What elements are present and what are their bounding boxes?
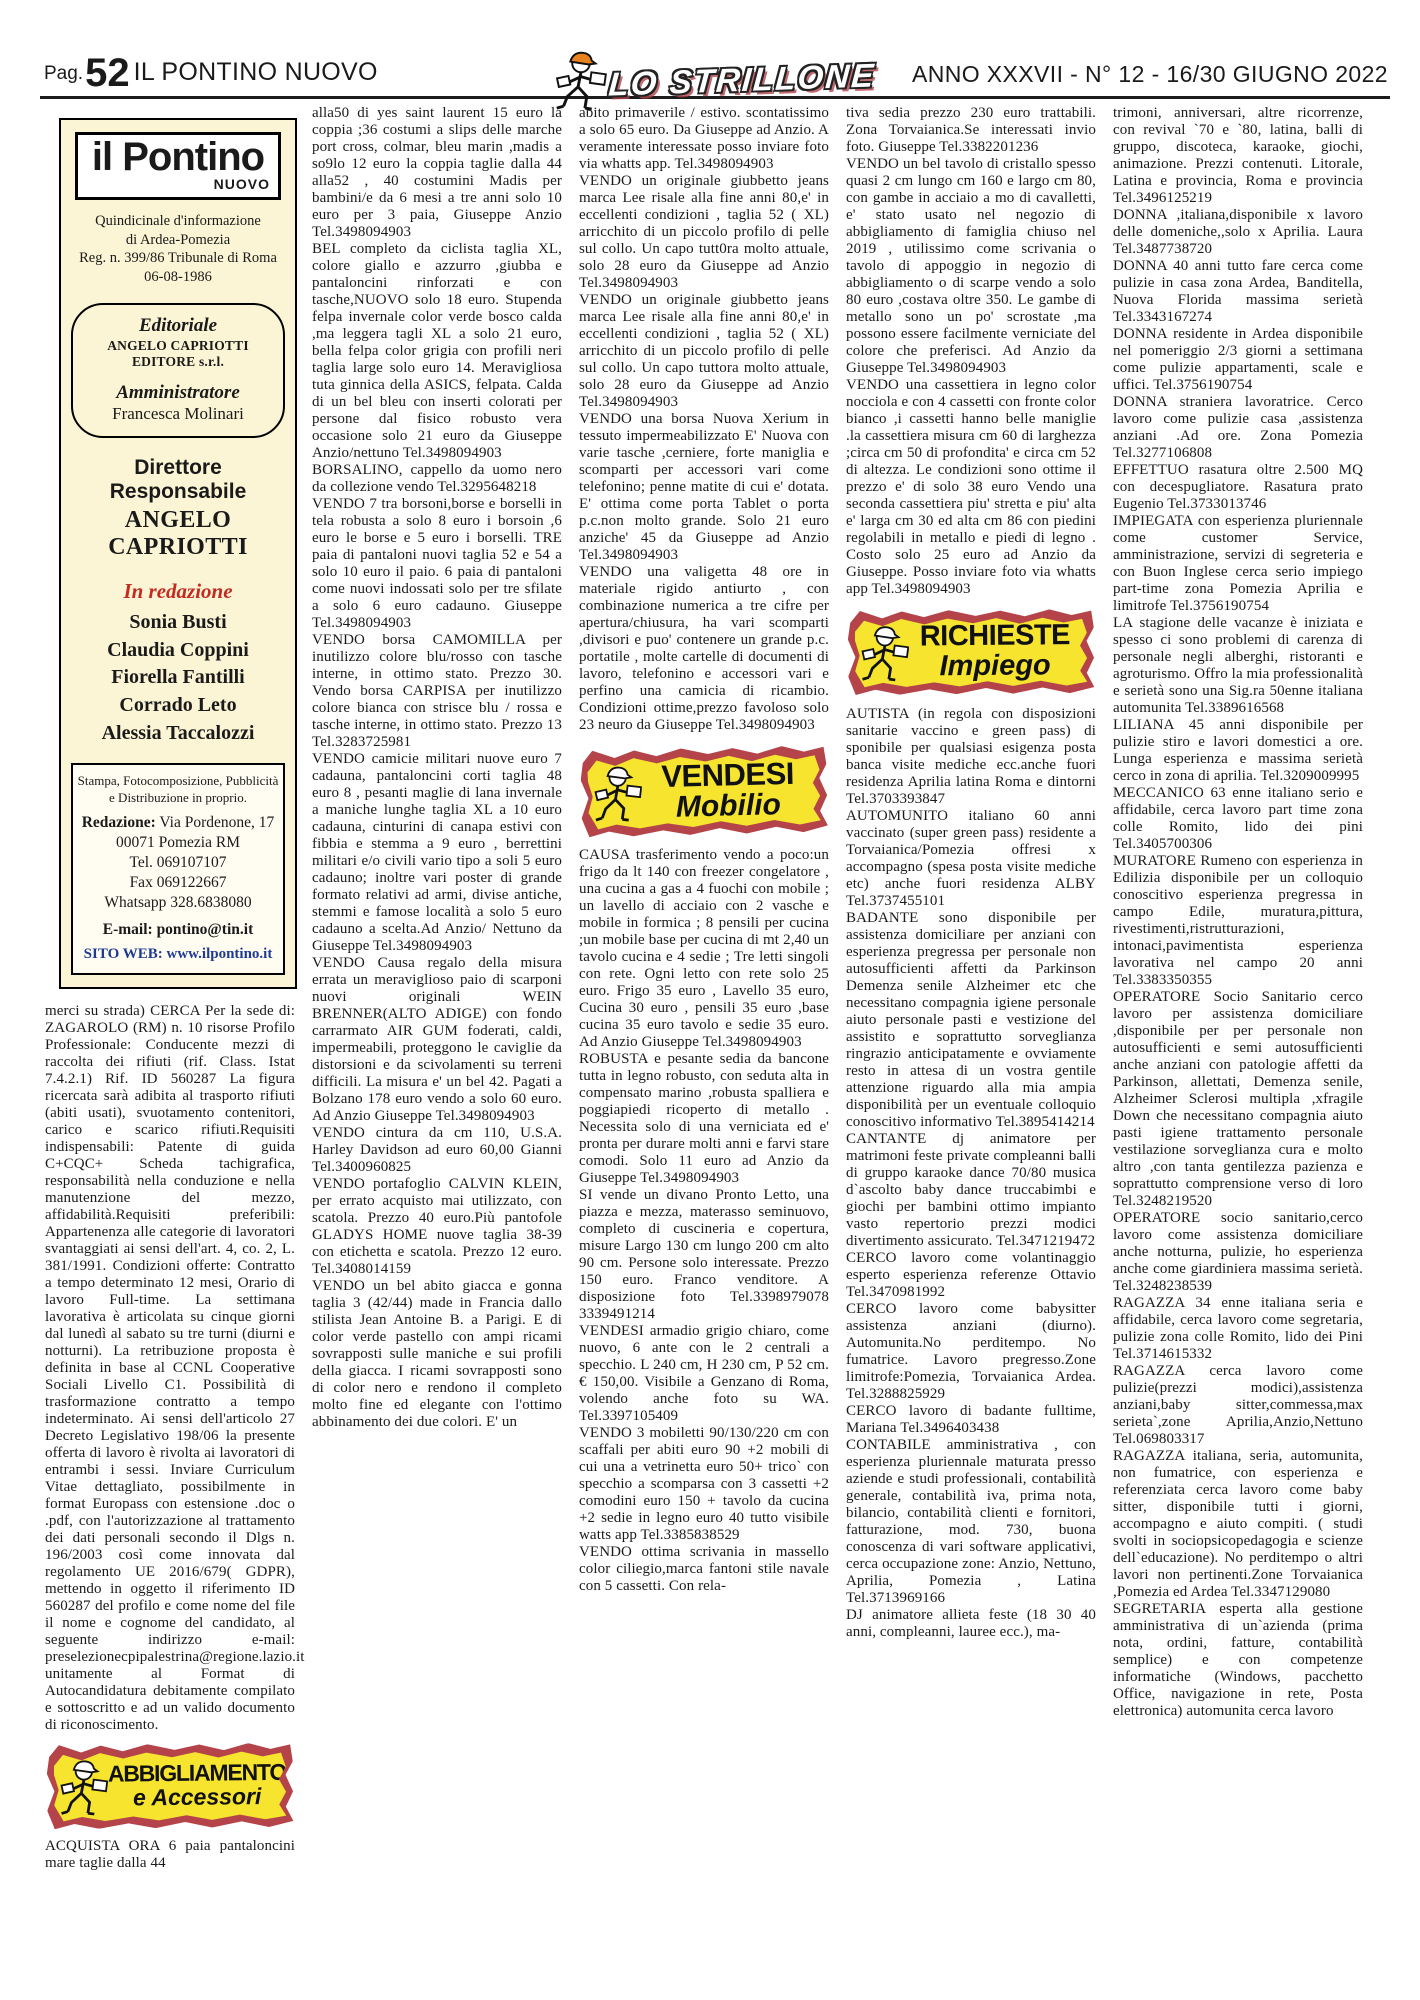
director-label: Direttore Responsabile bbox=[71, 456, 285, 504]
masthead-info: Quindicinale d'informazione di Ardea-Pom… bbox=[71, 212, 285, 287]
issue-info: ANNO XXXVII - N° 12 - 16/30 GIUGNO 2022 bbox=[912, 61, 1388, 88]
redaction-city: 00071 Pomezia RM bbox=[75, 833, 281, 853]
classified-ad: abito primaverile / estivo. scontatissim… bbox=[579, 105, 829, 173]
redazione-name: Fiorella Fantilli bbox=[71, 664, 285, 692]
classified-ad: LA stagione delle vacanze è iniziata e s… bbox=[1113, 615, 1363, 717]
classified-ad: VENDO Causa regalo della misura errata u… bbox=[312, 955, 562, 1125]
classified-ad: ACQUISTA ORA 6 paia pantaloncini mare ta… bbox=[45, 1838, 295, 1872]
classified-ad: SI vende un divano Pronto Letto, una pia… bbox=[579, 1187, 829, 1323]
column-4: tiva sedia prezzo 230 euro trattabili. Z… bbox=[846, 105, 1096, 1872]
classified-ad: VENDO cintura da cm 110, U.S.A. Harley D… bbox=[312, 1125, 562, 1176]
column-1: il Pontino NUOVO Quindicinale d'informaz… bbox=[45, 105, 295, 1872]
column-5: trimoni, anniversari, altre ricorrenze, … bbox=[1113, 105, 1363, 1872]
redazione-name: Alessia Taccalozzi bbox=[71, 720, 285, 748]
newsboy-icon bbox=[555, 48, 607, 112]
classified-ad: DONNA 40 anni tutto fare cerca come puli… bbox=[1113, 258, 1363, 326]
editorial-name: ANGELO CAPRIOTTI EDITORE s.r.l. bbox=[75, 338, 281, 370]
classified-ad: trimoni, anniversari, altre ricorrenze, … bbox=[1113, 105, 1363, 207]
classified-ad: VENDO una cassettiera in legno color noc… bbox=[846, 377, 1096, 598]
page-label: Pag. bbox=[44, 63, 83, 90]
classified-ad: ROBUSTA e pesante sedia da bancone tutta… bbox=[579, 1051, 829, 1187]
lo-strillone-logo: LO STRILLONE bbox=[555, 48, 875, 112]
column-2-ads: alla50 di yes saint laurent 15 euro la c… bbox=[312, 105, 562, 1431]
redazione-names: Sonia Busti Claudia Coppini Fiorella Fan… bbox=[71, 609, 285, 747]
classified-ad: BADANTE sono disponibile per assistenza … bbox=[846, 910, 1096, 1131]
banner-title: RICHIESTE bbox=[909, 621, 1081, 651]
director-name: ANGELO CAPRIOTTI bbox=[71, 507, 285, 561]
email: E-mail: pontino@tin.it bbox=[75, 920, 281, 940]
classified-ad: CANTANTE dj animatore per matrimoni fest… bbox=[846, 1131, 1096, 1250]
classified-ad: VENDO una valigetta 48 ore in materiale … bbox=[579, 564, 829, 734]
classified-ad: MECCANICO 63 enne italiano serio e affid… bbox=[1113, 785, 1363, 853]
classifieds-area: il Pontino NUOVO Quindicinale d'informaz… bbox=[0, 99, 1420, 1872]
masthead-title-box: il Pontino NUOVO bbox=[75, 132, 281, 200]
classified-ad: MURATORE Rumeno con esperienza in Ediliz… bbox=[1113, 853, 1363, 989]
column-4-ads: tiva sedia prezzo 230 euro trattabili. Z… bbox=[846, 105, 1096, 1641]
administrator-label: Amministratore bbox=[75, 382, 281, 404]
classified-ad: RAGAZZA italiana, seria, automunita, non… bbox=[1113, 1448, 1363, 1601]
classified-ad: CONTABILE amministrativa , con esperienz… bbox=[846, 1437, 1096, 1607]
page-header: Pag. 52 IL PONTINO NUOVO LO STRILLONE AN… bbox=[40, 0, 1390, 99]
classified-ad: OPERATORE Socio Sanitario cerco lavoro p… bbox=[1113, 989, 1363, 1210]
classified-ad: VENDO un originale giubbetto jeans marca… bbox=[579, 292, 829, 411]
classified-ad: VENDESI armadio grigio chiaro, come nuov… bbox=[579, 1323, 829, 1425]
section-banner-richieste: RICHIESTEImpiego bbox=[848, 609, 1095, 695]
classified-ad: VENDO un originale giubbetto jeans marca… bbox=[579, 173, 829, 292]
page-number: 52 bbox=[85, 56, 130, 90]
column-1-ads: merci su strada) CERCA Per la sede di: Z… bbox=[45, 1003, 295, 1872]
column-2: alla50 di yes saint laurent 15 euro la c… bbox=[312, 105, 562, 1872]
administrator-name: Francesca Molinari bbox=[75, 404, 281, 424]
print-info-box: Stampa, Fotocomposizione, Pubblicità e D… bbox=[71, 763, 285, 975]
section-banner-abbigliamento: ABBIGLIAMENTOe Accessori bbox=[47, 1743, 294, 1830]
classified-ad: VENDO portafoglio CALVIN KLEIN, per erra… bbox=[312, 1176, 562, 1278]
classified-ad: RAGAZZA 34 enne italiana seria e affidab… bbox=[1113, 1295, 1363, 1363]
banner-subtitle: e Accessori bbox=[108, 1784, 286, 1810]
masthead-info-line: Reg. n. 399/86 Tribunale di Roma bbox=[71, 249, 285, 268]
classified-ad: VENDO camicie militari nuove euro 7 cada… bbox=[312, 751, 562, 955]
classified-ad: merci su strada) CERCA Per la sede di: Z… bbox=[45, 1003, 295, 1734]
newsboy-icon bbox=[861, 623, 910, 683]
classified-ad: DONNA ,italiana,disponibile x lavoro del… bbox=[1113, 207, 1363, 258]
classified-ad: RAGAZZA cerca lavoro come pulizie(prezzi… bbox=[1113, 1363, 1363, 1448]
classified-ad: AUTISTA (in regola con disposizioni sani… bbox=[846, 706, 1096, 808]
column-5-ads: trimoni, anniversari, altre ricorrenze, … bbox=[1113, 105, 1363, 1720]
classified-ad: CERCO lavoro come volantinaggio esperto … bbox=[846, 1250, 1096, 1301]
classified-ad: VENDO un bel tavolo di cristallo spesso … bbox=[846, 156, 1096, 377]
editorial-label: Editoriale bbox=[75, 315, 281, 337]
classified-ad: VENDO borsa CAMOMILLA per inutilizzo col… bbox=[312, 632, 562, 751]
fax: Fax 069122667 bbox=[75, 873, 281, 893]
newsboy-icon bbox=[593, 763, 642, 824]
classified-ad: OPERATORE socio sanitario,cerco lavoro c… bbox=[1113, 1210, 1363, 1295]
classified-ad: DJ animatore allieta feste (18 30 40 ann… bbox=[846, 1607, 1096, 1641]
classified-ad: EFFETTUO rasatura oltre 2.500 MQ con dec… bbox=[1113, 462, 1363, 513]
banner-title: VENDESI bbox=[641, 757, 814, 792]
website-link[interactable]: SITO WEB: www.ilpontino.it bbox=[75, 945, 281, 965]
redazione-name: Claudia Coppini bbox=[71, 637, 285, 665]
classified-ad: CERCO lavoro di badante fulltime, Marian… bbox=[846, 1403, 1096, 1437]
masthead-info-line: di Ardea-Pomezia bbox=[71, 231, 285, 250]
classified-ad: AUTOMUNITO italiano 60 anni vaccinato (s… bbox=[846, 808, 1096, 910]
classified-ad: LILIANA 45 anni disponibile per pulizie … bbox=[1113, 717, 1363, 785]
redazione-name: Sonia Busti bbox=[71, 609, 285, 637]
classified-ad: BEL completo da ciclista taglia XL, colo… bbox=[312, 241, 562, 462]
classified-ad: VENDO 7 tra borsoni,borse e borselli in … bbox=[312, 496, 562, 632]
column-3: abito primaverile / estivo. scontatissim… bbox=[579, 105, 829, 1872]
classified-ad: VENDO una borsa Nuova Xerium in tessuto … bbox=[579, 411, 829, 564]
logo-text: LO STRILLONE bbox=[607, 56, 876, 103]
classified-ad: IMPIEGATA con esperienza pluriennale com… bbox=[1113, 513, 1363, 615]
masthead-box: il Pontino NUOVO Quindicinale d'informaz… bbox=[59, 118, 297, 989]
classified-ad: BORSALINO, cappello da uomo nero da coll… bbox=[312, 462, 562, 496]
classified-ad: VENDO 3 mobiletti 90/130/220 cm con scaf… bbox=[579, 1425, 829, 1544]
classified-ad: SEGRETARIA esperta alla gestione amminis… bbox=[1113, 1601, 1363, 1720]
classified-ad: CERCO lavoro come babysitter assistenza … bbox=[846, 1301, 1096, 1403]
paper-name: IL PONTINO NUOVO bbox=[134, 58, 378, 90]
editorial-box: Editoriale ANGELO CAPRIOTTI EDITORE s.r.… bbox=[71, 303, 285, 438]
print-info: Stampa, Fotocomposizione, Pubblicità bbox=[75, 773, 281, 790]
classified-ad: DONNA straniera lavoratrice. Cerco lavor… bbox=[1113, 394, 1363, 462]
banner-subtitle: Impiego bbox=[909, 650, 1081, 682]
whatsapp: Whatsapp 328.6838080 bbox=[75, 893, 281, 913]
newsboy-icon bbox=[60, 1757, 109, 1817]
section-banner-vendesi: VENDESIMobilio bbox=[580, 745, 828, 837]
classified-ad: VENDO un bel abito giacca e gonna taglia… bbox=[312, 1278, 562, 1431]
redazione-name: Corrado Leto bbox=[71, 692, 285, 720]
masthead-info-line: Quindicinale d'informazione bbox=[71, 212, 285, 231]
redaction-address: Redazione: Via Pordenone, 17 bbox=[75, 813, 281, 833]
column-3-ads: abito primaverile / estivo. scontatissim… bbox=[579, 105, 829, 1595]
print-info: e Distribuzione in proprio. bbox=[75, 790, 281, 807]
phone: Tel. 069107107 bbox=[75, 853, 281, 873]
classified-ad: alla50 di yes saint laurent 15 euro la c… bbox=[312, 105, 562, 241]
page-number-block: Pag. 52 IL PONTINO NUOVO bbox=[44, 56, 378, 90]
classified-ad: CAUSA trasferimento vendo a poco:un frig… bbox=[579, 847, 829, 1051]
redazione-label: In redazione bbox=[71, 579, 285, 604]
classified-ad: tiva sedia prezzo 230 euro trattabili. Z… bbox=[846, 105, 1096, 156]
masthead-info-line: 06-08-1986 bbox=[71, 268, 285, 287]
masthead-title: il Pontino bbox=[86, 137, 270, 178]
classified-ad: VENDO ottima scrivania in massello color… bbox=[579, 1544, 829, 1595]
classified-ad: DONNA residente in Ardea disponibile nel… bbox=[1113, 326, 1363, 394]
